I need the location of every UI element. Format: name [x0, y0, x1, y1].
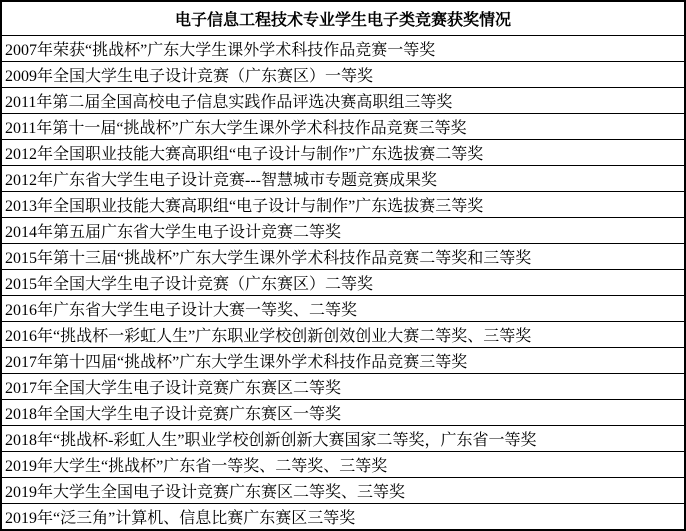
- award-text: 2015年第十三届“挑战杯”广东大学生课外学术科技作品竞赛二等奖和三等奖: [5, 245, 531, 268]
- award-text: 2019年“泛三角”计算机、信息比赛广东赛区三等奖: [5, 505, 355, 528]
- award-text: 2017年第十四届“挑战杯”广东大学生课外学术科技作品竞赛三等奖: [5, 349, 467, 372]
- table-row: 2009年全国大学生电子设计竞赛（广东赛区）一等奖: [2, 62, 684, 88]
- table-row: 2019年“泛三角”计算机、信息比赛广东赛区三等奖: [2, 504, 684, 529]
- table-row: 2014年第五届广东省大学生电子设计竞赛二等奖: [2, 218, 684, 244]
- table-row: 2011年第十一届“挑战杯”广东大学生课外学术科技作品竞赛三等奖: [2, 114, 684, 140]
- table-row: 2016年“挑战杯一彩虹人生”广东职业学校创新创效创业大赛二等奖、三等奖: [2, 322, 684, 348]
- table-row: 2019年大学生“挑战杯”广东省一等奖、二等奖、三等奖: [2, 452, 684, 478]
- table-row: 2012年广东省大学生电子设计竞赛---智慧城市专题竞赛成果奖: [2, 166, 684, 192]
- award-text: 2012年全国职业技能大赛高职组“电子设计与制作”广东选拔赛二等奖: [5, 141, 483, 164]
- table-row: 2011年第二届全国高校电子信息实践作品评选决赛高职组三等奖: [2, 88, 684, 114]
- award-text: 2018年“挑战杯-彩虹人生”职业学校创新创新大赛国家二等奖，广东省一等奖: [5, 427, 537, 450]
- table-row: 2019年大学生全国电子设计竞赛广东赛区二等奖、三等奖: [2, 478, 684, 504]
- award-table-body: 2007年荣获“挑战杯”广东大学生课外学术科技作品竞赛一等奖2009年全国大学生…: [2, 36, 684, 529]
- award-text: 2011年第十一届“挑战杯”广东大学生课外学术科技作品竞赛三等奖: [5, 115, 467, 138]
- table-row: 2017年第十四届“挑战杯”广东大学生课外学术科技作品竞赛三等奖: [2, 348, 684, 374]
- table-row: 2013年全国职业技能大赛高职组“电子设计与制作”广东选拔赛三等奖: [2, 192, 684, 218]
- table-title-row: 电子信息工程技术专业学生电子类竞赛获奖情况: [2, 2, 684, 36]
- award-text: 2014年第五届广东省大学生电子设计竞赛二等奖: [5, 219, 341, 242]
- award-text: 2019年大学生“挑战杯”广东省一等奖、二等奖、三等奖: [5, 453, 387, 476]
- table-row: 2015年全国大学生电子设计竞赛（广东赛区）二等奖: [2, 270, 684, 296]
- award-text: 2019年大学生全国电子设计竞赛广东赛区二等奖、三等奖: [5, 479, 405, 502]
- table-row: 2015年第十三届“挑战杯”广东大学生课外学术科技作品竞赛二等奖和三等奖: [2, 244, 684, 270]
- award-table: 电子信息工程技术专业学生电子类竞赛获奖情况 2007年荣获“挑战杯”广东大学生课…: [0, 0, 686, 531]
- table-row: 2016年广东省大学生电子设计大赛一等奖、二等奖: [2, 296, 684, 322]
- table-row: 2018年“挑战杯-彩虹人生”职业学校创新创新大赛国家二等奖，广东省一等奖: [2, 426, 684, 452]
- award-text: 2012年广东省大学生电子设计竞赛---智慧城市专题竞赛成果奖: [5, 167, 437, 190]
- award-text: 2016年“挑战杯一彩虹人生”广东职业学校创新创效创业大赛二等奖、三等奖: [5, 323, 531, 346]
- award-text: 2018年全国大学生电子设计竞赛广东赛区一等奖: [5, 401, 341, 424]
- table-row: 2007年荣获“挑战杯”广东大学生课外学术科技作品竞赛一等奖: [2, 36, 684, 62]
- award-text: 2011年第二届全国高校电子信息实践作品评选决赛高职组三等奖: [5, 89, 452, 112]
- page-title: 电子信息工程技术专业学生电子类竞赛获奖情况: [175, 7, 511, 30]
- award-text: 2013年全国职业技能大赛高职组“电子设计与制作”广东选拔赛三等奖: [5, 193, 483, 216]
- table-row: 2017年全国大学生电子设计竞赛广东赛区二等奖: [2, 374, 684, 400]
- table-row: 2018年全国大学生电子设计竞赛广东赛区一等奖: [2, 400, 684, 426]
- award-text: 2016年广东省大学生电子设计大赛一等奖、二等奖: [5, 297, 357, 320]
- award-text: 2017年全国大学生电子设计竞赛广东赛区二等奖: [5, 375, 341, 398]
- award-text: 2007年荣获“挑战杯”广东大学生课外学术科技作品竞赛一等奖: [5, 37, 435, 60]
- award-text: 2015年全国大学生电子设计竞赛（广东赛区）二等奖: [5, 271, 373, 294]
- table-row: 2012年全国职业技能大赛高职组“电子设计与制作”广东选拔赛二等奖: [2, 140, 684, 166]
- award-text: 2009年全国大学生电子设计竞赛（广东赛区）一等奖: [5, 63, 373, 86]
